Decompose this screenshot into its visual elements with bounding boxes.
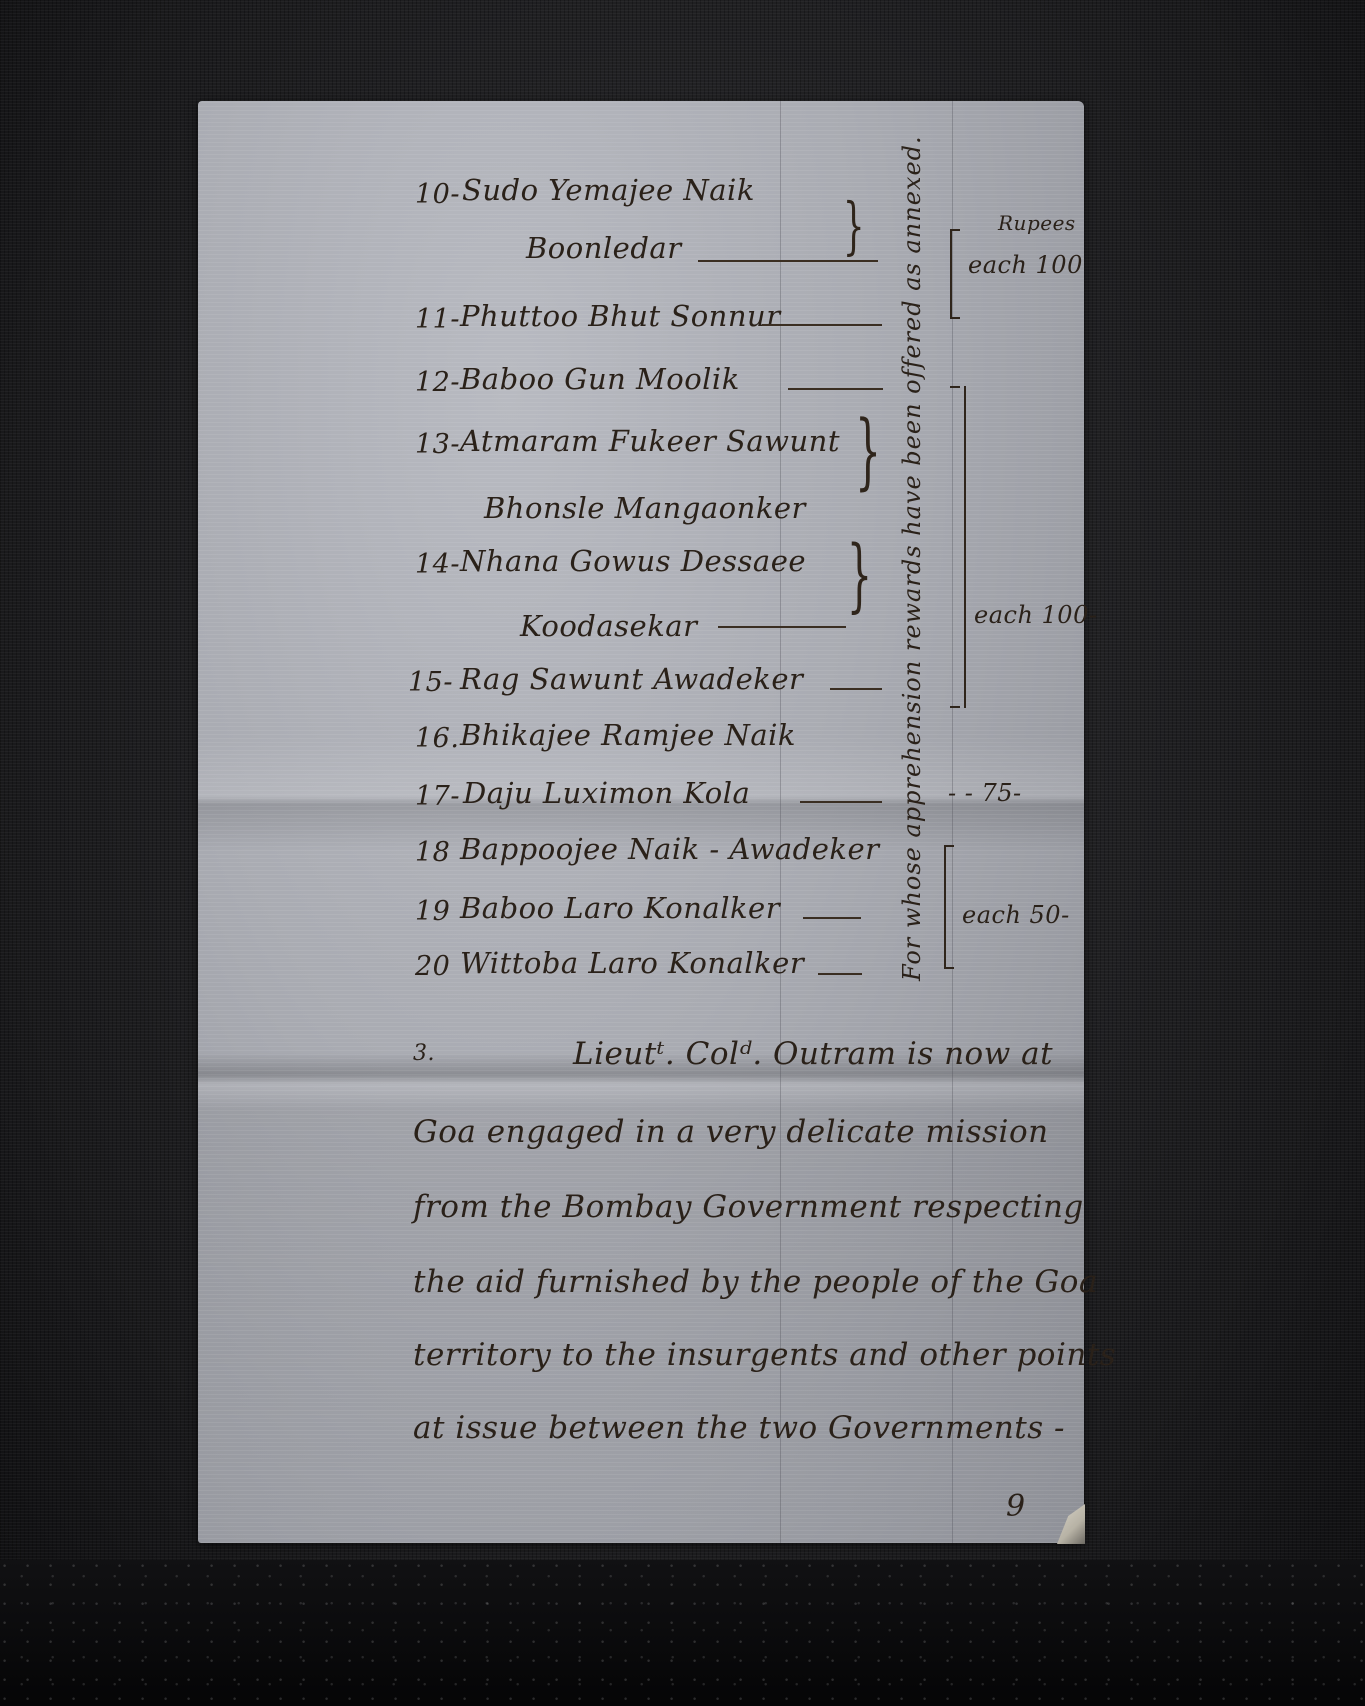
leader-line <box>762 324 882 326</box>
entry-name: Wittoba Laro Konalker <box>460 946 804 980</box>
paragraph-line: Lieutᵗ. Colᵈ. Outram is now at <box>573 1036 1053 1072</box>
entry-number: 13- <box>415 429 460 460</box>
entry-name-continued: Boonledar <box>526 231 682 265</box>
leader-line <box>800 801 882 803</box>
entry-name-continued: Koodasekar <box>520 609 697 643</box>
entry-name: Phuttoo Bhut Sonnur <box>460 299 781 333</box>
entry-number: 12- <box>415 367 460 398</box>
dark-surface-bottom <box>0 1560 1365 1706</box>
amount-bracket-tick <box>944 967 954 969</box>
entry-name: Baboo Laro Konalker <box>460 891 780 925</box>
leader-line <box>830 688 882 690</box>
amount-bracket <box>944 845 946 969</box>
currency-header: Rupees <box>998 211 1076 235</box>
amount-bracket-tick <box>944 845 954 847</box>
entry-number: 10- <box>415 179 460 210</box>
folded-corner <box>1057 1504 1085 1544</box>
paragraph-line: the aid furnished by the people of the G… <box>413 1264 1098 1300</box>
leader-line <box>718 626 846 628</box>
entry-number: 15- <box>408 667 453 698</box>
manuscript-page: 10- Sudo Yemajee Naik Boonledar 11- Phut… <box>198 101 1084 1543</box>
paragraph-line: from the Bombay Government respecting <box>413 1189 1084 1225</box>
paragraph-line: Goa engaged in a very delicate mission <box>413 1114 1049 1150</box>
entry-name: Bappoojee Naik - Awadeker <box>460 832 880 866</box>
entry-name: Baboo Gun Moolik <box>460 362 740 396</box>
entry-name: Sudo Yemajee Naik <box>462 173 755 207</box>
amount-group-2: each 100- <box>974 601 1097 629</box>
entry-number: 19 <box>415 896 450 927</box>
leader-line <box>818 973 862 975</box>
entry-name: Rag Sawunt Awadeker <box>460 662 803 696</box>
leader-line <box>788 388 883 390</box>
amount-bracket <box>964 386 966 708</box>
entry-number: 20 <box>415 951 450 982</box>
entry-name: Nhana Gowus Dessaee <box>460 544 806 578</box>
amount-bracket-tick <box>950 229 960 231</box>
leader-line <box>803 917 861 919</box>
amount-bracket-tick <box>950 386 960 388</box>
paragraph-line: at issue between the two Governments - <box>413 1410 1065 1446</box>
entry-name: Bhikajee Ramjee Naik <box>460 718 796 752</box>
entry-number: 11- <box>415 304 460 335</box>
marginal-note-vertical: For whose apprehension rewards have been… <box>898 135 926 981</box>
amount-single: - - 75- <box>948 779 1022 807</box>
amount-group-1: each 100 <box>968 251 1083 279</box>
entry-name: Atmaram Fukeer Sawunt <box>460 424 840 458</box>
paragraph-line: territory to the insurgents and other po… <box>413 1337 1116 1373</box>
paragraph-number: 3. <box>413 1041 435 1066</box>
group-brace: } <box>843 195 865 257</box>
entry-name: Daju Luximon Kola <box>463 776 750 810</box>
amount-bracket <box>950 229 952 319</box>
amount-group-3: each 50- <box>962 901 1070 929</box>
entry-number: 14- <box>415 549 460 580</box>
group-brace: } <box>847 535 872 615</box>
page-number: 9 <box>1006 1489 1026 1524</box>
entry-number: 17- <box>415 781 460 812</box>
amount-bracket-tick <box>950 317 960 319</box>
entry-name-continued: Bhonsle Mangaonker <box>484 491 806 525</box>
entry-number: 16. <box>415 723 459 754</box>
entry-number: 18 <box>415 837 450 868</box>
amount-bracket-tick <box>950 706 960 708</box>
group-brace: } <box>855 411 881 493</box>
